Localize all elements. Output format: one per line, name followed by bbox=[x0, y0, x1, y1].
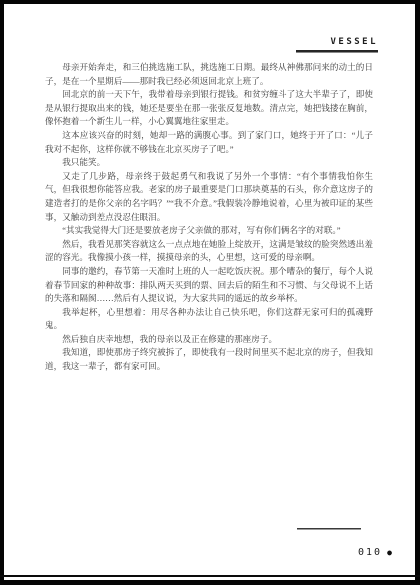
paragraph: 然后，我看见那笑容就这么一点点地在她脸上绽放开，这满是皱纹的脸突然透出羞涩的容光… bbox=[45, 238, 373, 265]
paragraph: 回北京的前一天下午，我带着母亲到银行提钱。和贫穷缠斗了这大半辈子了，即使是从银行… bbox=[45, 88, 373, 129]
paragraph: 我举起杯，心里想着：用尽各种办法让自己快乐吧，你们这群无家可归的孤魂野鬼。 bbox=[45, 306, 373, 333]
paragraph: 这本应该兴奋的时刻，她却一路的满腹心事。到了家门口，她终于开了口：“儿子我对不起… bbox=[45, 129, 373, 156]
footer-rule bbox=[297, 528, 361, 530]
page-marker-dot-icon: ● bbox=[387, 549, 392, 557]
frame-right-edge bbox=[415, 0, 420, 585]
frame-top-edge bbox=[0, 0, 420, 4]
frame-bottom-edge bbox=[0, 580, 420, 585]
paragraph: 我知道，即使那房子终究被拆了，即使我有一段时间里买不起北京的房子，但我知道，我这… bbox=[45, 346, 373, 373]
header-underline-rule bbox=[296, 50, 378, 53]
paragraph: 母亲开始奔走，和三伯挑选施工队，挑选施工日期。最终从神佛那问来的动土的日子，是在… bbox=[45, 61, 373, 88]
book-page: { "header": { "title": "VESSEL" }, "body… bbox=[0, 0, 420, 585]
body-text: 母亲开始奔走，和三伯挑选施工队，挑选施工日期。最终从神佛那问来的动土的日子，是在… bbox=[45, 61, 373, 374]
paragraph: 同事的邀约，春节第一天准时上班的人一起吃饭庆祝。那个嘈杂的餐厅，每个人说着春节回… bbox=[45, 265, 373, 306]
frame-left-edge bbox=[0, 0, 4, 585]
paragraph: 然后独自庆幸地想，我的母亲以及正在修建的那座房子。 bbox=[45, 333, 373, 347]
bottom-thin-rule bbox=[0, 575, 420, 577]
paragraph: 我只能笑。 bbox=[45, 156, 373, 170]
page-number: 010 ● bbox=[358, 547, 392, 558]
paragraph: 又走了几步路，母亲终于鼓起勇气和我说了另外一个事情：“有个事情我怕你生气，但我很… bbox=[45, 170, 373, 224]
paragraph: “其实我觉得大门还是要放老房子父亲做的那对，写有你们俩名字的对联。” bbox=[45, 224, 373, 238]
page-number-value: 010 bbox=[358, 547, 382, 558]
running-header-title: VESSEL bbox=[330, 37, 378, 47]
